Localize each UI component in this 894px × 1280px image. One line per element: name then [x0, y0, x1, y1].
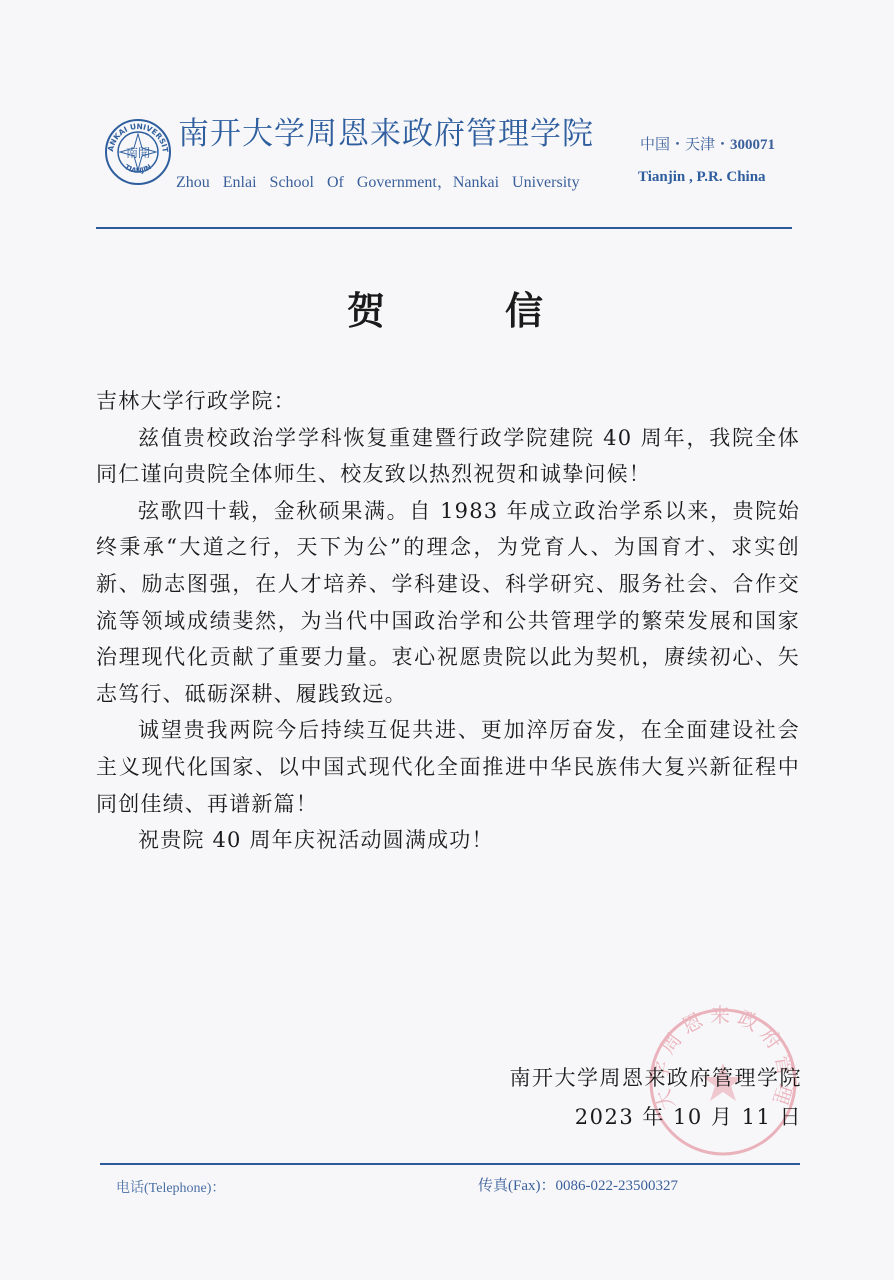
- institution-name-cn: 南开大学周恩来政府管理学院: [178, 108, 594, 153]
- fax-info: 传真(Fax)：0086-022-23500327: [478, 1174, 678, 1195]
- title-char: 贺: [347, 288, 389, 333]
- svg-text:南开大学周恩来政府管理学院: 南开大学周恩来政府管理学院: [646, 1005, 798, 1113]
- salutation: 吉林大学行政学院：: [96, 383, 800, 420]
- letterhead-divider: [96, 227, 792, 229]
- signature-institution: 南开大学周恩来政府管理学院: [460, 1062, 802, 1092]
- address-en: Tianjin , P.R. China: [638, 169, 766, 186]
- svg-text:南開: 南開: [126, 145, 150, 160]
- paragraph: 弦歌四十载，金秋硕果满。自 1983 年成立政治学系以来，贵院始终秉承“大道之行…: [96, 493, 800, 713]
- fax-number: 0086-022-23500327: [556, 1178, 679, 1194]
- paragraph: 兹值贵校政治学学科恢复重建暨行政学院建院 40 周年，我院全体同仁谨向贵院全体师…: [96, 420, 800, 493]
- telephone-label: 电话(Telephone)：: [116, 1177, 225, 1197]
- letter-date: 2023 年 10 月 11 日: [460, 1101, 802, 1131]
- nankai-university-emblem-icon: NANKAI UNIVERSITY TIANJIN 南開: [104, 118, 172, 186]
- paragraph: 诚望贵我两院今后持续互促共进、更加淬厉奋发，在全面建设社会主义现代化国家、以中国…: [96, 712, 800, 822]
- address-cn: 中国・天津・300071: [640, 133, 775, 154]
- fax-label: 传真(Fax)：: [478, 1178, 556, 1194]
- paragraph: 祝贵院 40 周年庆祝活动圆满成功！: [96, 822, 800, 859]
- letter-title: 贺信: [0, 280, 894, 335]
- letter-body: 吉林大学行政学院： 兹值贵校政治学学科恢复重建暨行政学院建院 40 周年，我院全…: [96, 383, 800, 859]
- title-char: 信: [505, 288, 547, 333]
- address-cn-prefix: 中国・天津・: [640, 137, 730, 153]
- postal-code: 300071: [730, 137, 775, 153]
- institution-name-en: Zhou Enlai School Of Government，Nankai U…: [176, 169, 580, 192]
- footer-divider: [100, 1163, 800, 1165]
